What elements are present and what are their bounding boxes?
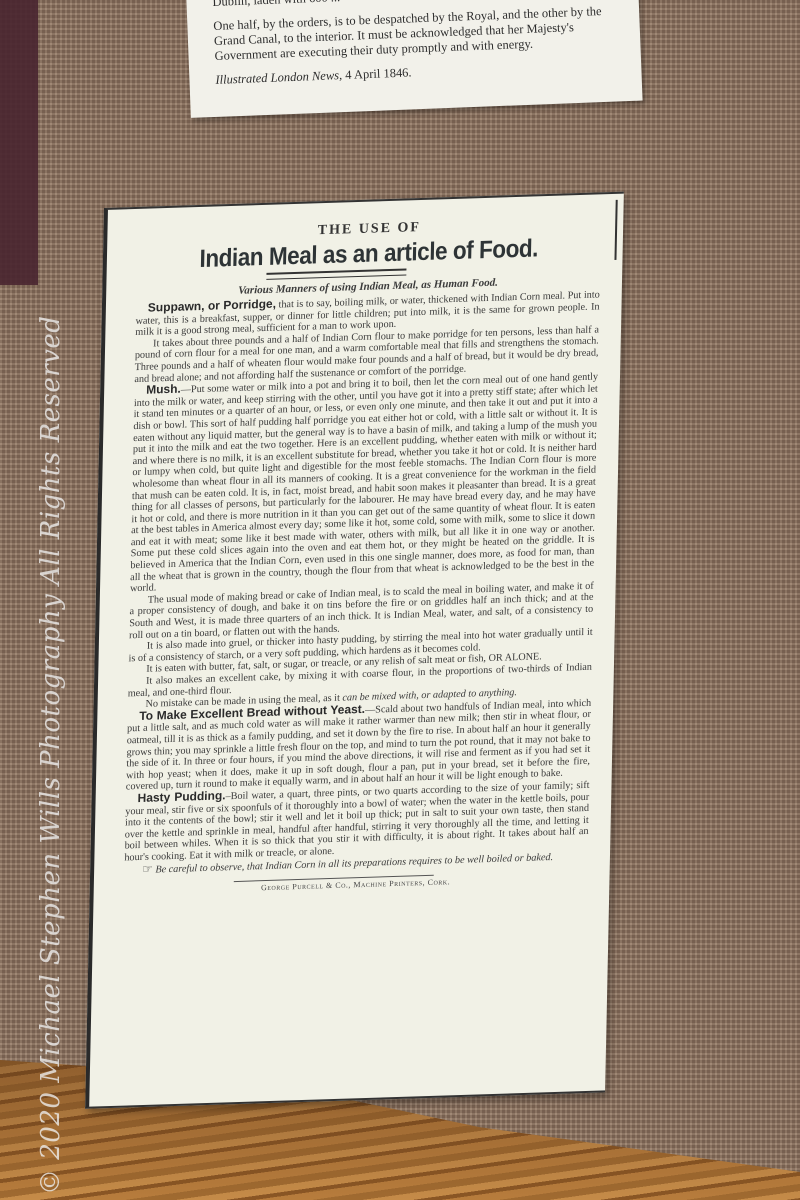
newspaper-excerpt-card: Dublin, laden with 600 ... One half, by … <box>186 0 643 118</box>
citation-date: 4 April 1846. <box>345 65 412 82</box>
printed-border-mark <box>614 200 617 260</box>
bread-section: To Make Excellent Bread without Yeast.—S… <box>126 697 592 794</box>
citation-source: Illustrated London News, <box>215 68 342 87</box>
excerpt-citation: Illustrated London News, 4 April 1846. <box>215 57 623 88</box>
recipe-sections: Suppawn, or Porridge, that is to say, bo… <box>128 288 600 699</box>
broadsheet-document: THE USE OF Indian Meal as an article of … <box>85 192 624 1109</box>
body-paragraph: Mush.—Put some water or milk into a pot … <box>130 371 598 595</box>
purple-mat-band <box>0 0 38 285</box>
copyright-watermark: © 2020 Michael Stephen Wills Photography… <box>36 316 66 1195</box>
section-text: —Put some water or milk into a pot and b… <box>130 372 598 595</box>
document-body: Suppawn, or Porridge, that is to say, bo… <box>124 288 600 876</box>
excerpt-paragraph: One half, by the orders, is to be despat… <box>213 3 622 64</box>
pointing-hand-icon: ☞ <box>142 861 153 875</box>
section-heading: Mush. <box>146 382 181 397</box>
